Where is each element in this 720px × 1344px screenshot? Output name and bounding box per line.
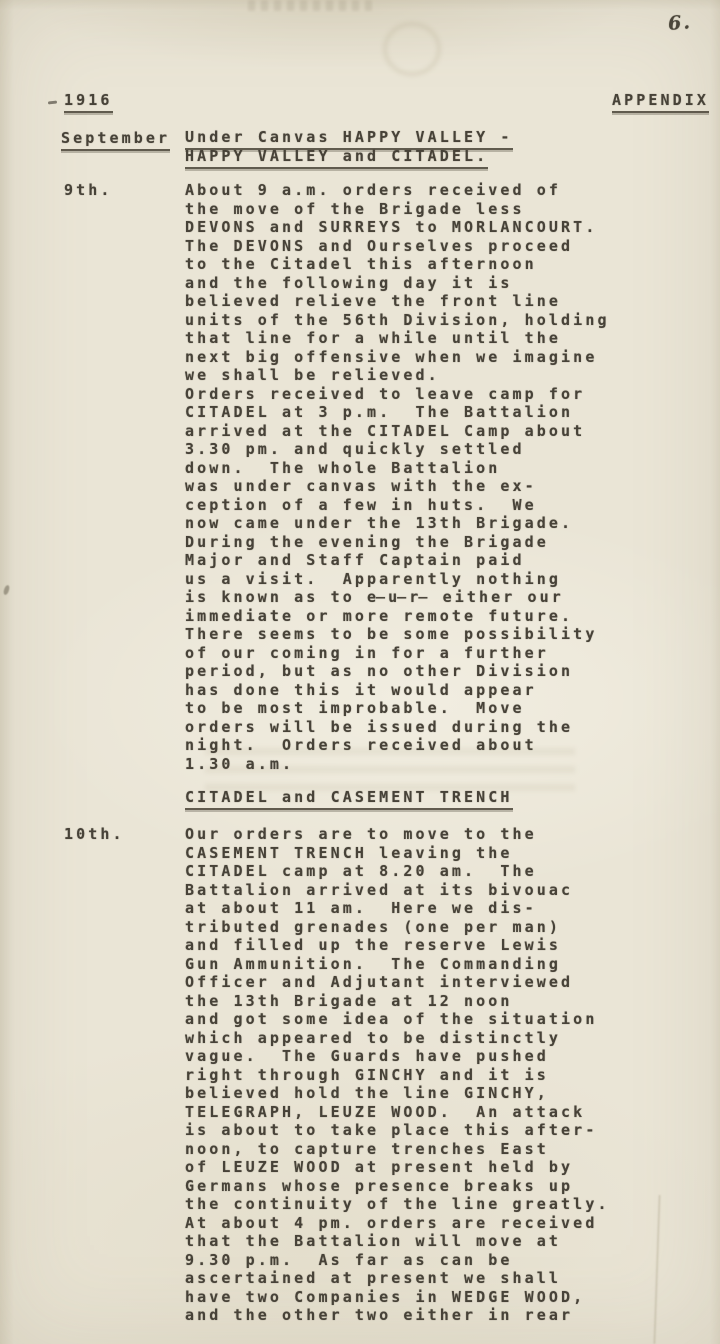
month-text: September bbox=[61, 129, 170, 151]
ink-mark bbox=[3, 585, 10, 596]
section-title-line2: HAPPY VALLEY and CITADEL. bbox=[185, 147, 488, 169]
war-diary-page: 6. 1916 APPENDIX September Under Canvas … bbox=[0, 0, 720, 1344]
page-number: 6. bbox=[667, 11, 692, 35]
entry-text-10th: Our orders are to move to the CASEMENT T… bbox=[185, 825, 665, 1325]
ink-mark bbox=[48, 101, 57, 105]
entry-day-label-9th: 9th. bbox=[64, 181, 113, 200]
entry-day-label-10th: 10th. bbox=[64, 825, 125, 844]
paper-stain bbox=[248, 0, 378, 11]
entry-text-9th: About 9 a.m. orders received of the move… bbox=[185, 181, 665, 773]
year-text: 1916 bbox=[64, 91, 113, 113]
year-heading: 1916 bbox=[64, 91, 113, 113]
appendix-text: APPENDIX bbox=[612, 91, 709, 113]
section-heading-citadel-casement: CITADEL and CASEMENT TRENCH bbox=[185, 788, 513, 810]
month-label: September bbox=[61, 129, 170, 151]
appendix-heading: APPENDIX bbox=[612, 91, 709, 113]
paper-stain-ring bbox=[383, 22, 441, 76]
